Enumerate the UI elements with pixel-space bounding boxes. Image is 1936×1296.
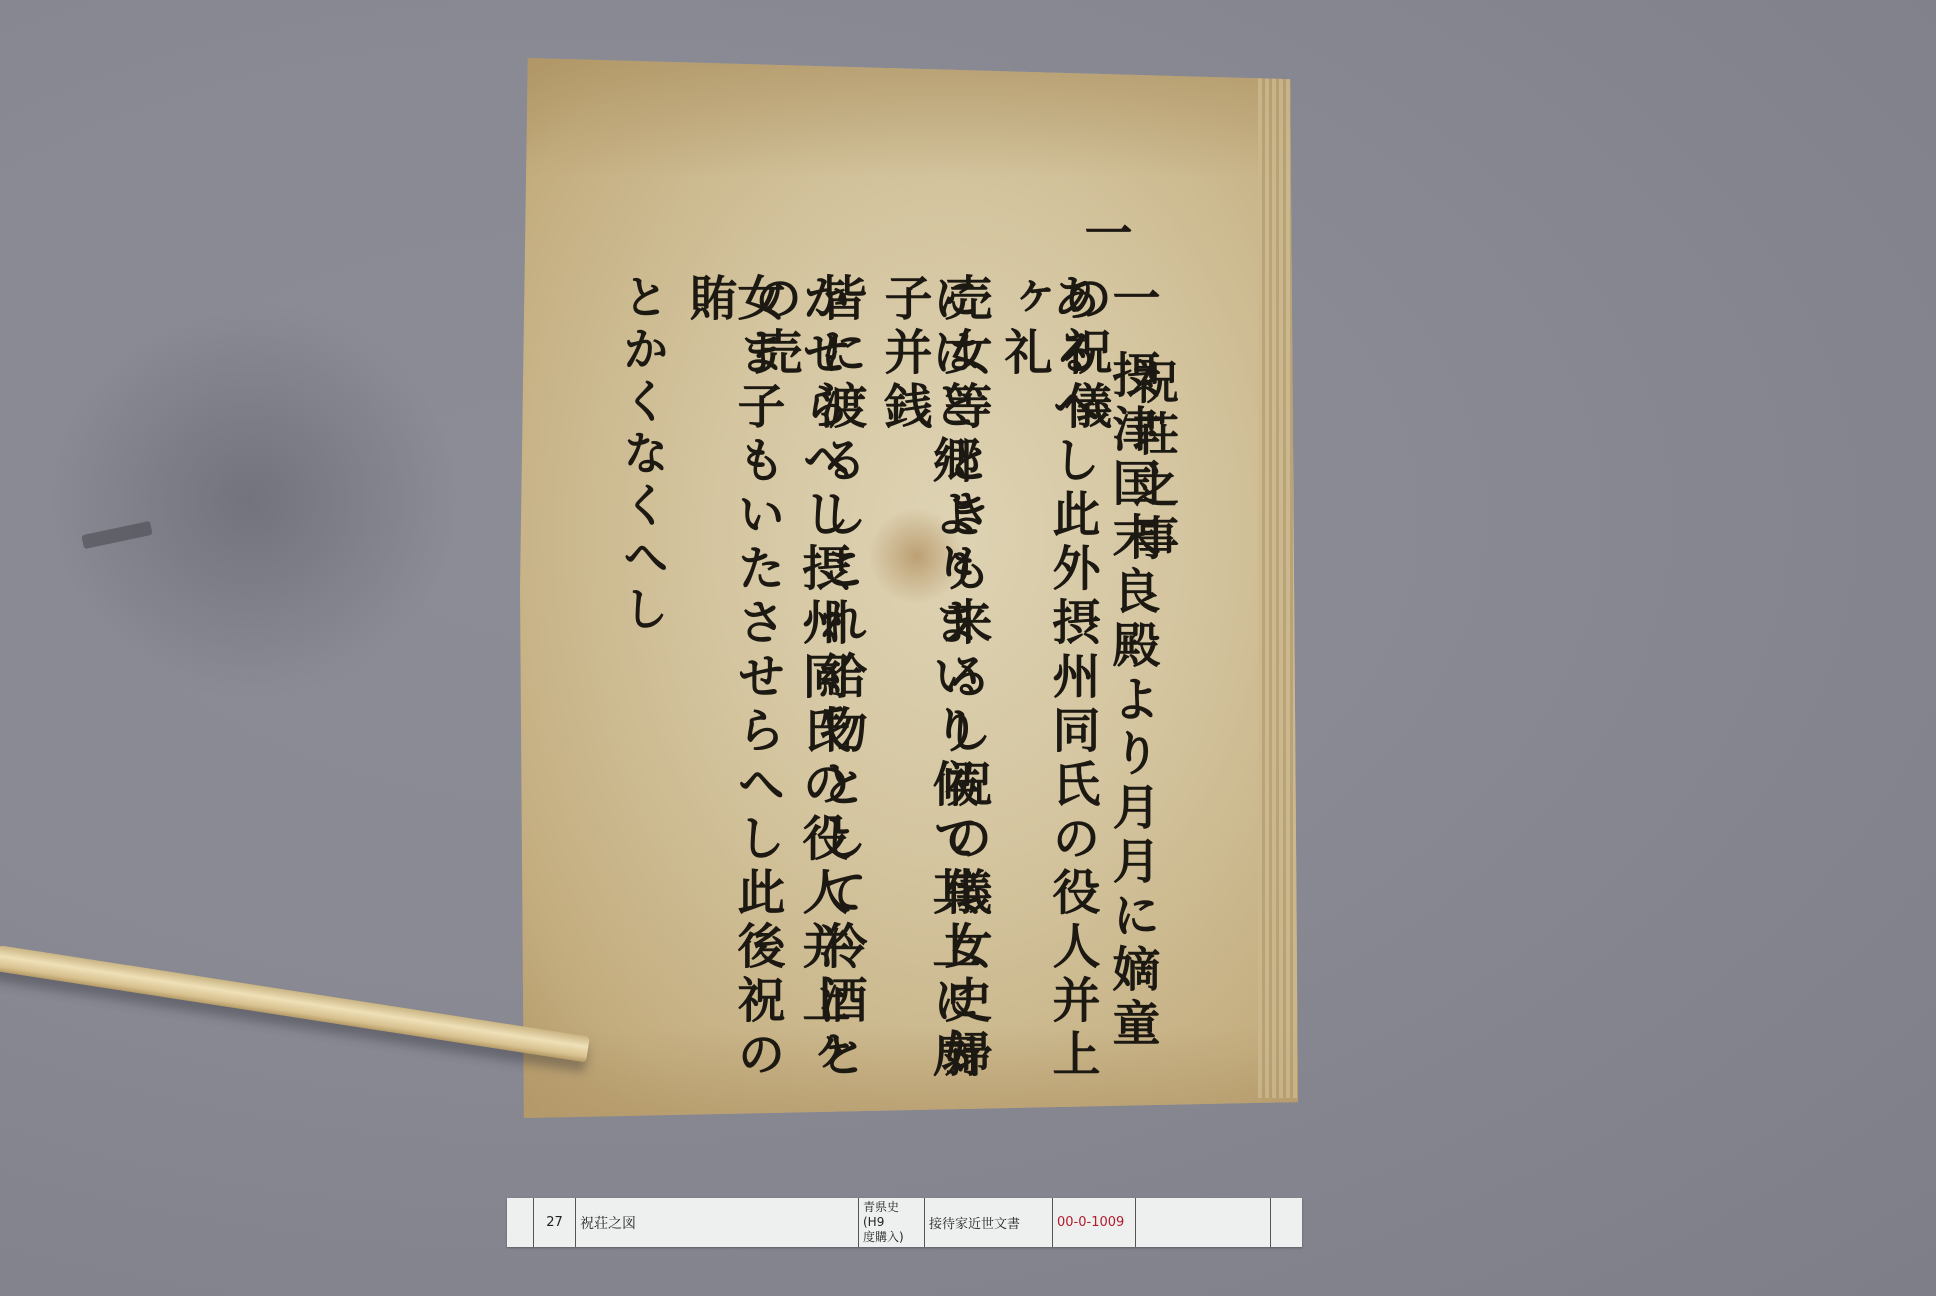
text-column: 女ま子もいたさせらへし此後祝の賄 <box>685 273 781 1093</box>
catalog-label: 27 祝荘之図 青県史(H9 度購入) 接待家近世文書 00-0-1009 <box>507 1198 1302 1247</box>
label-source: 青県史(H9 度購入) <box>859 1198 925 1247</box>
label-source-line2: 度購入) <box>863 1230 904 1245</box>
felt-shadow <box>40 300 460 700</box>
pointer-stick <box>0 944 590 1062</box>
heading-mark: 一 <box>1080 208 1128 262</box>
label-number: 27 <box>534 1198 576 1247</box>
label-code: 00-0-1009 <box>1053 1198 1136 1247</box>
label-source-line1: 青県史(H9 <box>863 1200 920 1230</box>
text-column: あるへし此外摂州同氏の役人并上ヶ礼 <box>1000 273 1096 1093</box>
handwritten-text: 一 祝荘之事 一 摂津国末良殿より月月に嫡童の祝儀 あるへし此外摂州同氏の役人并… <box>520 58 1298 1118</box>
label-blank-cell <box>1271 1198 1302 1247</box>
label-collection: 接待家近世文書 <box>925 1198 1053 1247</box>
label-blank-cell <box>1136 1198 1271 1247</box>
label-blank-cell <box>507 1198 534 1247</box>
text-column: とかくなくへし <box>620 273 666 693</box>
document-page: 一 祝荘之事 一 摂津国末良殿より月月に嫡童の祝儀 あるへし此外摂州同氏の役人并… <box>520 58 1298 1118</box>
text-column: にはと郷よりまいり候て其上に扇子并銭 <box>880 273 976 1093</box>
label-title: 祝荘之図 <box>576 1198 859 1247</box>
